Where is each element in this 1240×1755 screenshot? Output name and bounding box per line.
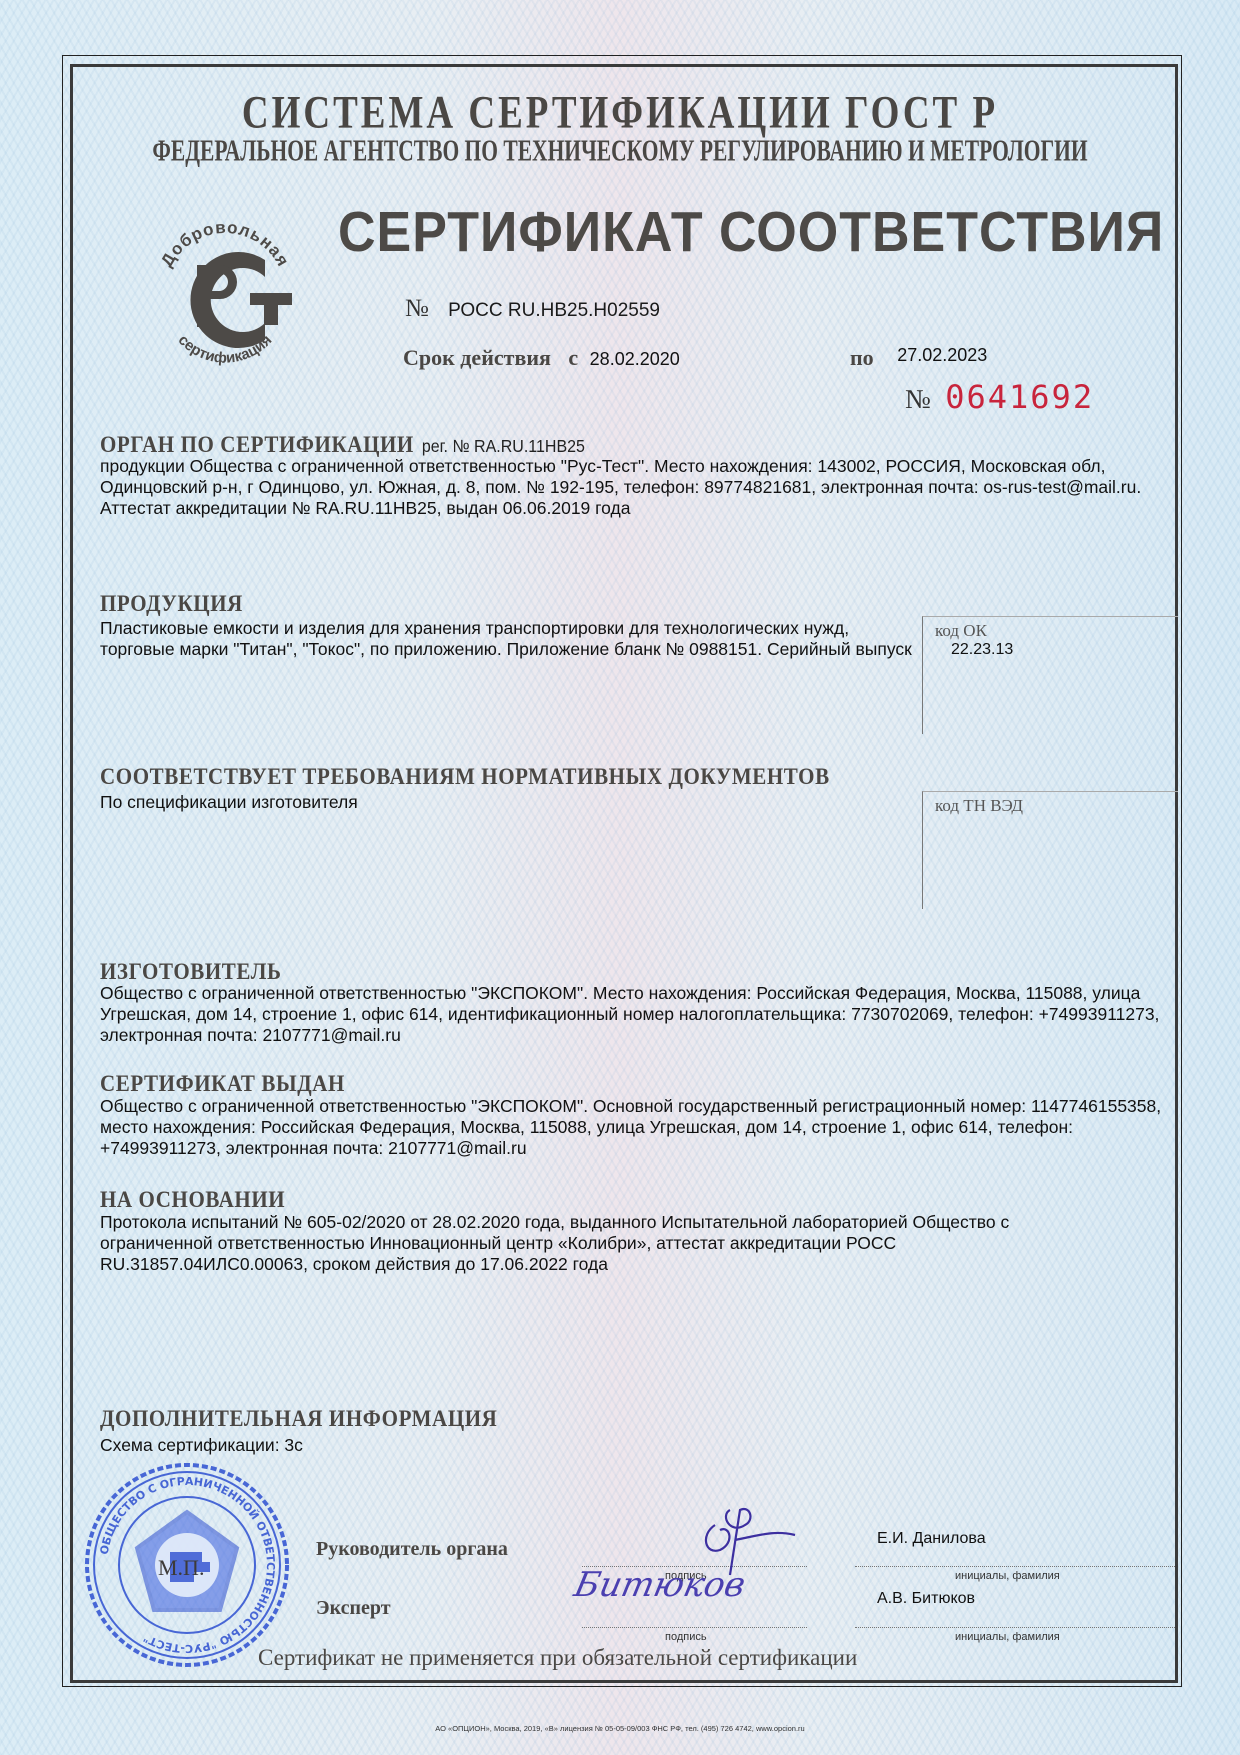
product-code-label: код ОК bbox=[935, 621, 1178, 641]
issued-to-text: Общество с ограниченной ответственностью… bbox=[100, 1096, 1170, 1159]
valid-from: 28.02.2020 bbox=[590, 349, 680, 369]
valid-to: 27.02.2023 bbox=[897, 345, 987, 365]
certification-body-text: продукции Общества с ограниченной ответс… bbox=[100, 456, 1150, 519]
blank-number-value: 0641692 bbox=[945, 378, 1094, 416]
rst-logo-icon: Добровольная сертификация bbox=[150, 215, 300, 380]
certificate-title: СЕРТИФИКАТ СООТВЕТСТВИЯ bbox=[338, 200, 1164, 265]
from-label: с bbox=[568, 345, 578, 370]
certificate-number-value: РОСС RU.HB25.H02559 bbox=[448, 300, 660, 321]
hs-code-label: код ТН ВЭД bbox=[935, 796, 1178, 816]
system-title: СИСТЕМА СЕРТИФИКАЦИИ ГОСТ Р bbox=[0, 86, 1240, 140]
product-code-value: 22.23.13 bbox=[951, 641, 1178, 659]
head-name-caption: инициалы, фамилия bbox=[955, 1570, 1060, 1582]
expert-signature-caption: подпись bbox=[665, 1631, 707, 1643]
certification-body-heading: ОРГАН ПО СЕРТИФИКАЦИИрег. № RA.RU.11HB25 bbox=[100, 431, 585, 459]
expert-signature: Битюков bbox=[571, 1565, 749, 1605]
printer-info: АО «ОПЦИОН», Москва, 2019, «В» лицензия … bbox=[0, 1724, 1240, 1733]
manufacturer-heading: ИЗГОТОВИТЕЛЬ bbox=[100, 958, 281, 986]
head-name: Е.И. Данилова bbox=[877, 1530, 986, 1548]
product-heading: ПРОДУКЦИЯ bbox=[100, 590, 243, 618]
certification-body-reg: рег. № RA.RU.11HB25 bbox=[422, 438, 585, 457]
certificate-number: № РОСС RU.HB25.H02559 bbox=[405, 295, 660, 323]
additional-heading: ДОПОЛНИТЕЛЬНАЯ ИНФОРМАЦИЯ bbox=[100, 1405, 497, 1433]
conformity-text: По спецификации изготовителя bbox=[100, 792, 358, 813]
disclaimer: Сертификат не применяется при обязательн… bbox=[258, 1645, 857, 1671]
head-name-line bbox=[855, 1566, 1175, 1567]
head-label: Руководитель органа bbox=[316, 1538, 508, 1561]
additional-text: Схема сертификации: 3с bbox=[100, 1435, 303, 1456]
expert-label: Эксперт bbox=[316, 1597, 391, 1620]
expert-name-caption: инициалы, фамилия bbox=[955, 1631, 1060, 1643]
certification-body-heading-text: ОРГАН ПО СЕРТИФИКАЦИИ bbox=[100, 431, 414, 457]
blank-number: № 0641692 bbox=[905, 378, 1094, 416]
to-label: по bbox=[850, 345, 874, 370]
product-code-box: код ОК 22.23.13 bbox=[922, 616, 1178, 734]
validity-label: Срок действия bbox=[403, 345, 551, 370]
basis-heading: НА ОСНОВАНИИ bbox=[100, 1186, 285, 1214]
basis-text: Протокола испытаний № 605-02/2020 от 28.… bbox=[100, 1212, 1100, 1275]
validity-end: по 27.02.2023 bbox=[850, 345, 987, 371]
manufacturer-text: Общество с ограниченной ответственностью… bbox=[100, 983, 1170, 1046]
expert-name: А.В. Битюков bbox=[877, 1590, 975, 1608]
issued-to-heading: СЕРТИФИКАТ ВЫДАН bbox=[100, 1070, 345, 1098]
expert-name-line bbox=[855, 1627, 1175, 1628]
expert-signature-line bbox=[582, 1627, 807, 1628]
stamp-place-label: М.П. bbox=[158, 1555, 204, 1581]
hs-code-box: код ТН ВЭД bbox=[922, 791, 1178, 909]
number-sign: № bbox=[405, 295, 429, 322]
agency-title: ФЕДЕРАЛЬНОЕ АГЕНТСТВО ПО ТЕХНИЧЕСКОМУ РЕ… bbox=[87, 135, 1153, 169]
validity-period: Срок действия с 28.02.2020 bbox=[403, 345, 680, 371]
product-text: Пластиковые емкости и изделия для хранен… bbox=[100, 618, 915, 660]
conformity-heading: СООТВЕТСТВУЕТ ТРЕБОВАНИЯМ НОРМАТИВНЫХ ДО… bbox=[100, 763, 830, 791]
blank-number-sign: № bbox=[905, 384, 931, 414]
